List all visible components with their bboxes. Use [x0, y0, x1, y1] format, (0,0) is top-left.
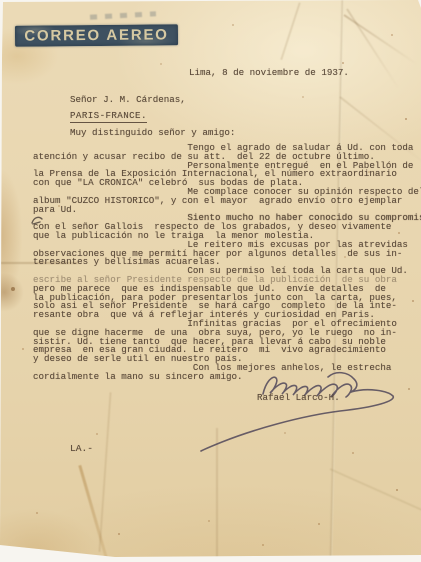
paper-sheet: CORREO AEREO Lima, 8 de noviembre de 193…: [0, 0, 421, 562]
signature-typed-name: Rafael Larco-H.: [257, 392, 340, 403]
recipient-name: Señor J. M. Cárdenas,: [70, 94, 186, 105]
correo-aereo-stamp: CORREO AEREO: [15, 24, 178, 46]
stamp-ghost-smudge: [90, 11, 156, 19]
fold-crease-diagonal: [346, 8, 399, 89]
typist-initials: LA.-: [70, 443, 93, 454]
handwritten-signature-icon: [180, 353, 421, 463]
fold-crease-vertical: [98, 392, 111, 552]
fold-crease-diagonal: [343, 14, 417, 65]
recipient-city: PARIS-FRANCE.: [70, 110, 147, 123]
paper-specks: [0, 0, 2, 2]
letter-body: Tengo el agrado de saludar á Ud. con tod…: [33, 144, 415, 382]
fold-crease-diagonal: [281, 3, 301, 61]
salutation: Muy distinguido señor y amigo:: [70, 127, 235, 138]
letter-photo: CORREO AEREO Lima, 8 de noviembre de 193…: [0, 0, 421, 562]
date-line: Lima, 8 de noviembre de 1937.: [189, 67, 349, 78]
fold-crease-diagonal: [79, 465, 109, 562]
stamp-label: CORREO AEREO: [24, 26, 169, 44]
body-line: album "CUZCO HISTORICO", y con el mayor …: [33, 197, 415, 206]
body-line: escribe al señor Presidente respecto de …: [33, 276, 415, 285]
margin-pen-mark-icon: [30, 215, 44, 226]
fold-crease-diagonal: [330, 468, 421, 518]
